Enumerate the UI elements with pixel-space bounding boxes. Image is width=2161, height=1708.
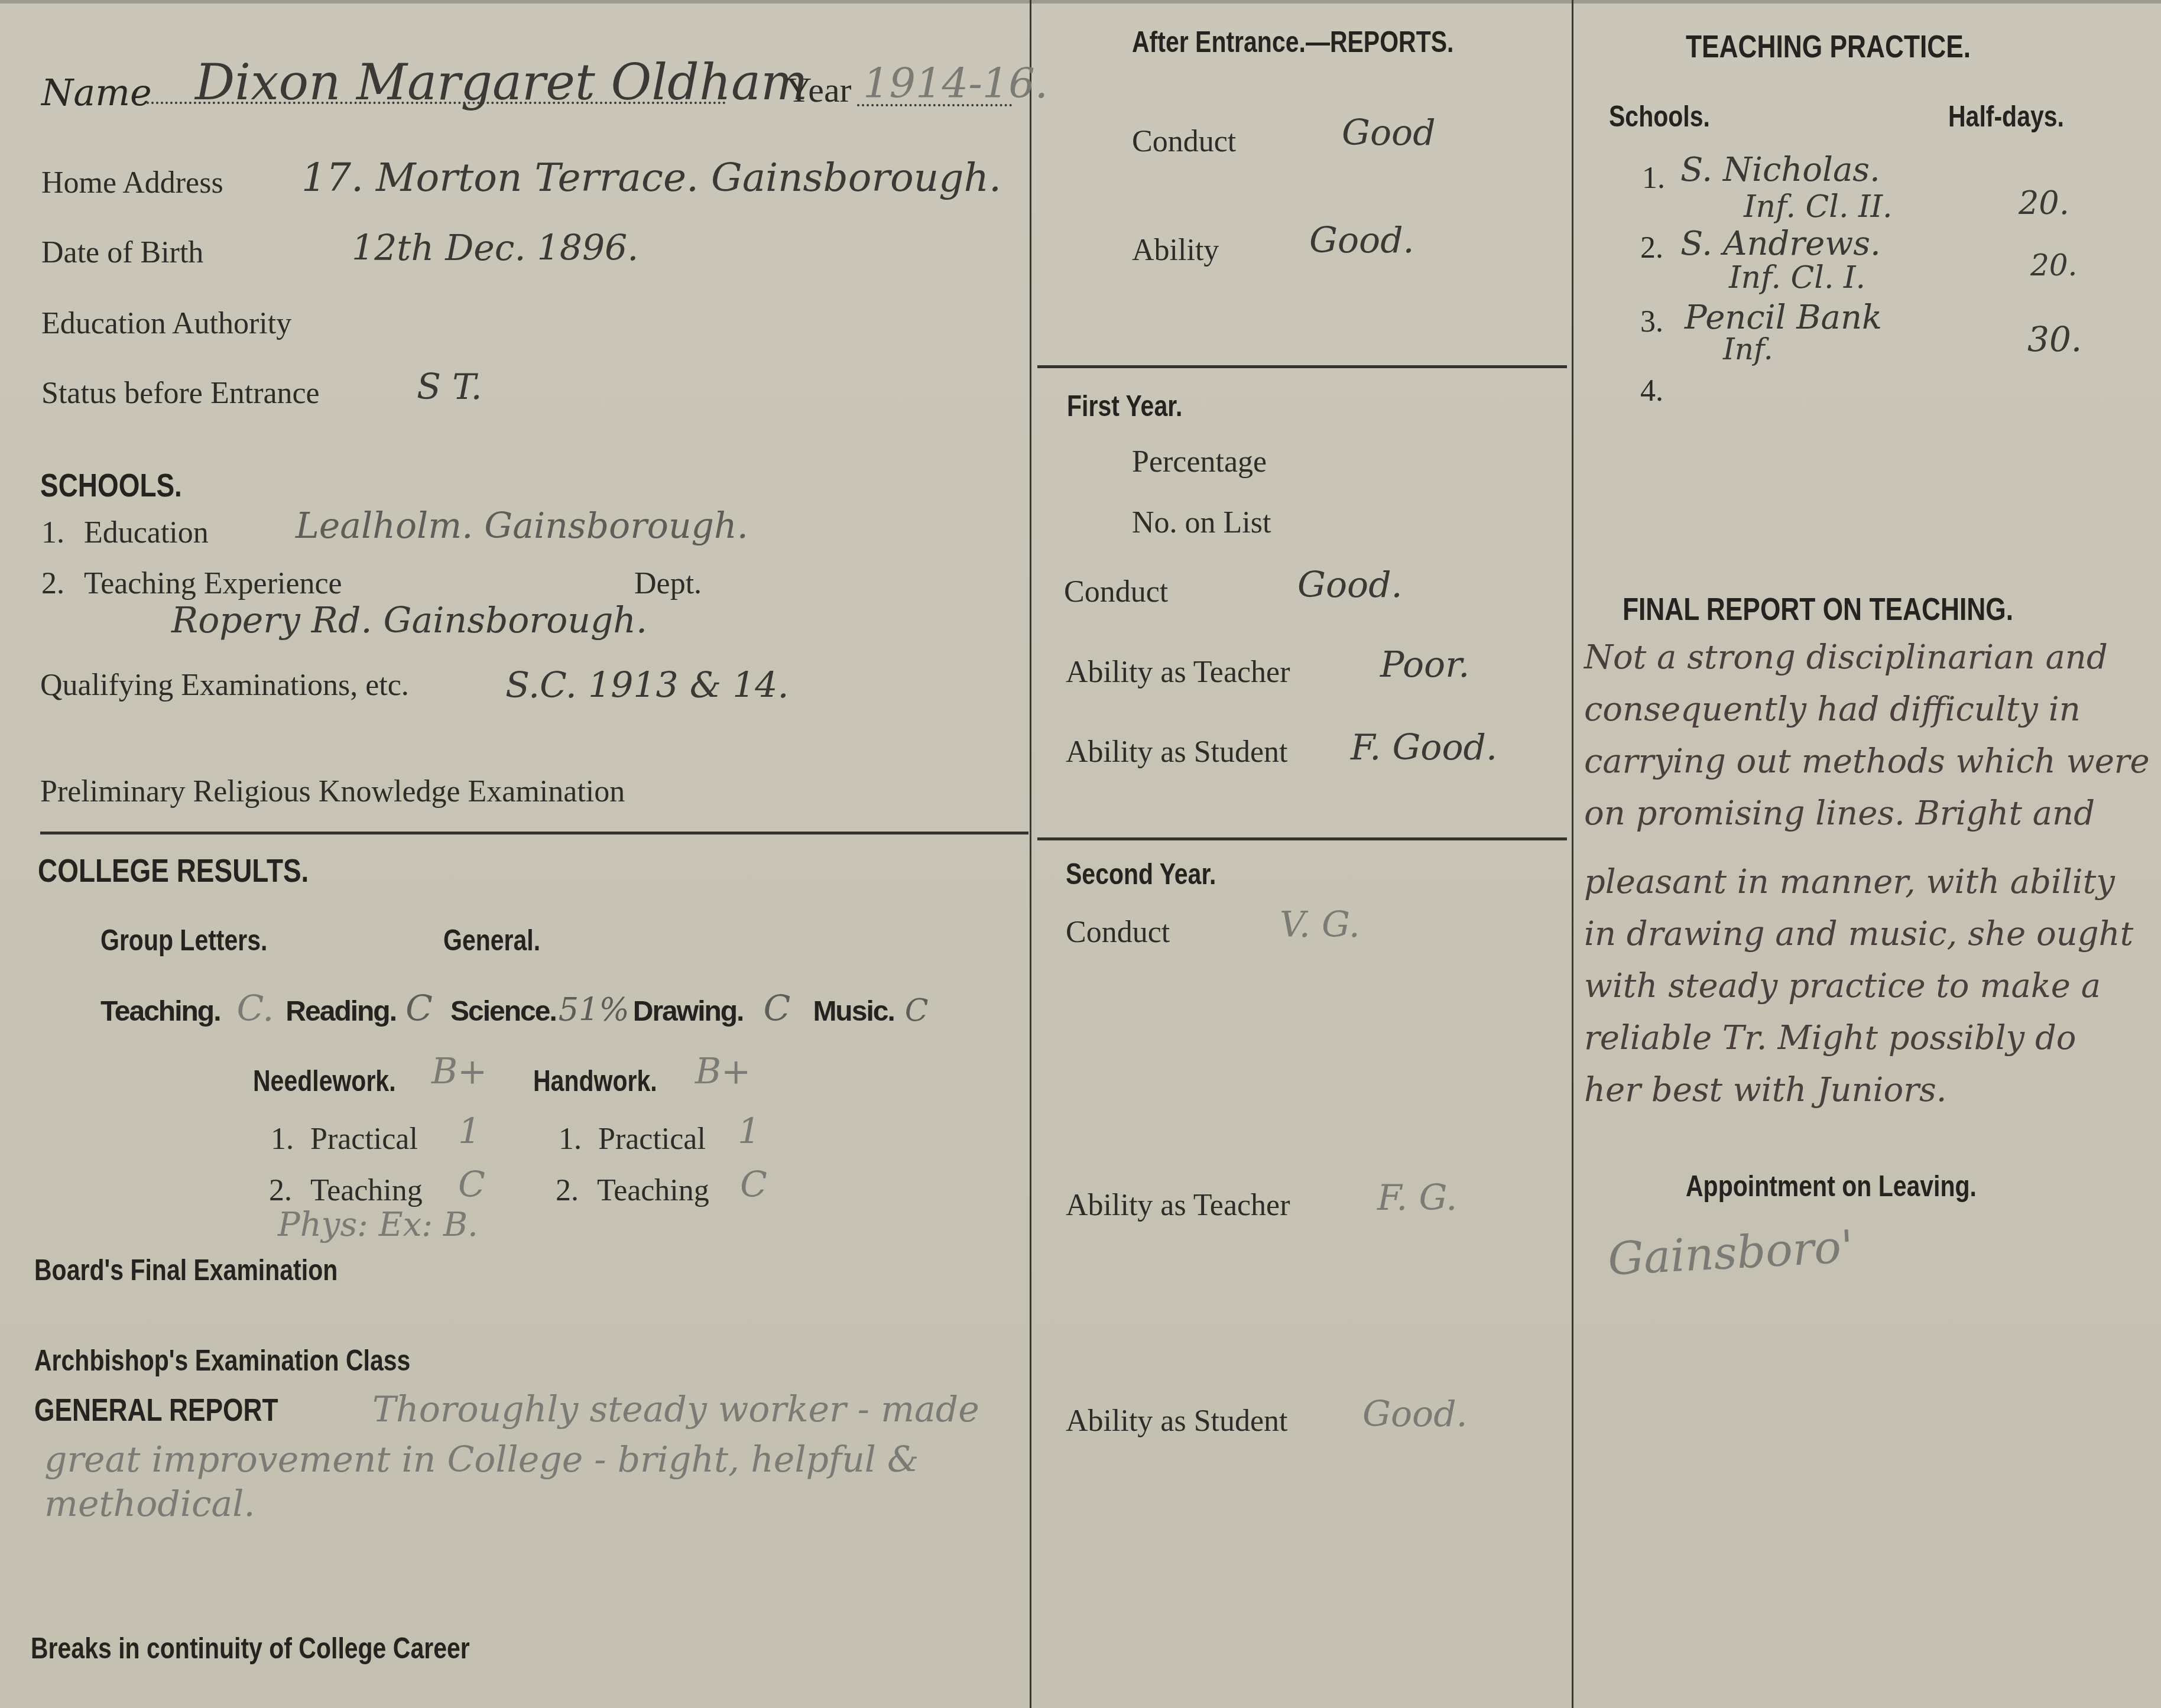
- subject-science-value: 51%: [559, 991, 630, 1028]
- year-label: Year: [786, 70, 852, 111]
- middle-divider-2: [1037, 837, 1567, 840]
- education-label: Education: [84, 515, 209, 550]
- qualifying-label: Qualifying Examinations, etc.: [40, 668, 409, 703]
- status-label: Status before Entrance: [41, 376, 320, 411]
- home-address-value: 17. Morton Terrace. Gainsborough.: [301, 155, 1001, 200]
- fy-student-label: Ability as Student: [1066, 735, 1288, 769]
- breaks-label: Breaks in continuity of College Career: [31, 1631, 470, 1665]
- ae-conduct-value: Good: [1342, 112, 1436, 154]
- subject-teaching-value: C.: [236, 988, 274, 1030]
- college-results-heading: COLLEGE RESULTS.: [38, 851, 309, 889]
- practice-half-days: 20.: [2019, 184, 2069, 222]
- schools-heading: SCHOOLS.: [40, 466, 182, 504]
- needlework-practical-label: Practical: [310, 1122, 418, 1157]
- archbishops-label: Archbishop's Examination Class: [34, 1343, 410, 1378]
- phys-ex-value: Phys: Ex: B.: [278, 1206, 478, 1244]
- first-year-heading: First Year.: [1067, 389, 1182, 423]
- practice-dept: Inf. Cl. I.: [1729, 260, 1865, 296]
- subject-drawing-label: Drawing.: [633, 995, 744, 1028]
- needlework-teaching-value: C: [458, 1164, 485, 1206]
- ae-ability-value: Good.: [1309, 220, 1414, 261]
- top-edge: [0, 0, 2161, 4]
- appointment-heading: Appointment on Leaving.: [1686, 1169, 1977, 1203]
- name-label: Name: [41, 71, 152, 114]
- general-report-line-2: great improvement in College - bright, h…: [44, 1439, 919, 1480]
- teaching-exp-value: Ropery Rd. Gainsborough.: [171, 600, 647, 641]
- schools-col-label: Schools.: [1609, 99, 1710, 134]
- practice-num: 2.: [1640, 230, 1663, 265]
- group-letters-label: Group Letters.: [100, 923, 267, 957]
- fy-conduct-value: Good.: [1297, 564, 1403, 606]
- qualifying-value: S.C. 1913 & 14.: [505, 665, 789, 706]
- general-report-label: GENERAL REPORT: [34, 1392, 278, 1428]
- final-report-heading: FINAL REPORT ON TEACHING.: [1623, 591, 2013, 628]
- handwork-value: B+: [695, 1051, 751, 1092]
- final-report-line: consequently had difficulty in: [1584, 690, 2081, 729]
- dob-label: Date of Birth: [41, 235, 203, 270]
- handwork-practical-num: 1.: [559, 1122, 582, 1157]
- education-num: 1.: [41, 515, 64, 550]
- status-value: S T.: [417, 366, 482, 408]
- religious-label: Preliminary Religious Knowledge Examinat…: [40, 774, 625, 809]
- handwork-teaching-label: Teaching: [597, 1173, 709, 1208]
- dob-value: 12th Dec. 1896.: [352, 228, 638, 269]
- final-report-line: carrying out methods which were: [1584, 742, 2150, 781]
- needlework-teaching-label: Teaching: [310, 1173, 423, 1208]
- general-label: General.: [443, 923, 540, 957]
- subject-reading-label: Reading.: [285, 995, 396, 1028]
- percentage-label: Percentage: [1132, 444, 1267, 479]
- fy-student-value: F. Good.: [1351, 727, 1497, 768]
- teaching-exp-num: 2.: [41, 566, 64, 601]
- final-report-line: her best with Juniors.: [1584, 1071, 1947, 1109]
- second-year-heading: Second Year.: [1066, 857, 1216, 891]
- subject-music-label: Music.: [813, 995, 894, 1028]
- fy-teacher-label: Ability as Teacher: [1066, 655, 1290, 690]
- handwork-practical-value: 1: [738, 1111, 760, 1152]
- final-report-line: Not a strong disciplinarian and: [1584, 638, 2108, 677]
- ae-conduct-label: Conduct: [1132, 124, 1236, 159]
- needlework-practical-num: 1.: [271, 1122, 294, 1157]
- handwork-teaching-num: 2.: [556, 1173, 579, 1208]
- practice-school: Pencil Bank: [1685, 298, 1882, 337]
- subject-science-label: Science.: [450, 995, 556, 1028]
- sy-student-label: Ability as Student: [1066, 1404, 1288, 1439]
- student-record-card: Name Dixon Margaret Oldham Year 1914-16.…: [0, 0, 2161, 1708]
- needlework-value: B+: [431, 1051, 487, 1092]
- subject-music-value: C: [905, 993, 929, 1028]
- handwork-practical-label: Practical: [598, 1122, 706, 1157]
- fy-conduct-label: Conduct: [1064, 574, 1168, 609]
- practice-school: S. Nicholas.: [1680, 151, 1880, 189]
- teaching-practice-heading: TEACHING PRACTICE.: [1686, 28, 1971, 65]
- handwork-teaching-value: C: [740, 1164, 767, 1206]
- no-on-list-label: No. on List: [1132, 505, 1271, 540]
- practice-half-days: 30.: [2027, 319, 2082, 359]
- education-authority-label: Education Authority: [41, 306, 291, 341]
- subject-grades-row: Teaching. C. Reading. C Science. 51% Dra…: [100, 988, 929, 1030]
- final-report-line: pleasant in manner, with ability: [1584, 863, 2115, 901]
- sy-teacher-value: F. G.: [1377, 1177, 1457, 1219]
- home-address-label: Home Address: [41, 165, 223, 200]
- column-divider-right: [1572, 0, 1573, 1708]
- dept-label: Dept.: [634, 566, 702, 601]
- half-days-col-label: Half-days.: [1948, 99, 2064, 134]
- practice-num: 4.: [1640, 374, 1663, 408]
- boards-final-label: Board's Final Examination: [34, 1253, 338, 1287]
- name-value: Dixon Margaret Oldham: [195, 53, 808, 111]
- left-section-divider: [40, 832, 1028, 834]
- practice-num: 1.: [1642, 161, 1665, 196]
- needlework-teaching-num: 2.: [269, 1173, 292, 1208]
- final-report-line: on promising lines. Bright and: [1584, 794, 2095, 833]
- ae-ability-label: Ability: [1132, 233, 1219, 268]
- needlework-practical-value: 1: [458, 1111, 481, 1152]
- general-report-line-1: Thoroughly steady worker - made: [372, 1389, 979, 1430]
- column-divider-left: [1030, 0, 1031, 1708]
- practice-dept: Inf.: [1723, 332, 1773, 366]
- final-report-line: with steady practice to make a: [1584, 967, 2101, 1005]
- subject-drawing-value: C: [763, 988, 790, 1030]
- middle-divider-1: [1037, 365, 1567, 368]
- practice-num: 3.: [1640, 304, 1663, 339]
- sy-teacher-label: Ability as Teacher: [1066, 1188, 1290, 1223]
- subject-teaching-label: Teaching.: [100, 995, 220, 1028]
- final-report-line: reliable Tr. Might possibly do: [1584, 1019, 2076, 1057]
- year-value: 1914-16.: [863, 59, 1048, 108]
- general-report-line-3: methodical.: [44, 1483, 255, 1525]
- practice-school: S. Andrews.: [1680, 225, 1881, 263]
- practice-dept: Inf. Cl. II.: [1744, 189, 1893, 225]
- sy-student-value: Good.: [1362, 1394, 1468, 1435]
- needlework-label: Needlework.: [253, 1064, 396, 1098]
- final-report-line: in drawing and music, she ought: [1584, 915, 2133, 953]
- handwork-label: Handwork.: [533, 1064, 657, 1098]
- sy-conduct-value: V. G.: [1280, 904, 1360, 946]
- practice-half-days: 20.: [2030, 248, 2078, 282]
- sy-conduct-label: Conduct: [1066, 915, 1170, 950]
- teaching-exp-label: Teaching Experience: [84, 566, 342, 601]
- subject-reading-value: C: [405, 988, 433, 1030]
- appointment-value: Gainsboro': [1607, 1220, 1855, 1285]
- education-value: Lealholm. Gainsborough.: [296, 505, 748, 547]
- after-entrance-heading: After Entrance.—REPORTS.: [1132, 25, 1453, 59]
- fy-teacher-value: Poor.: [1380, 644, 1469, 686]
